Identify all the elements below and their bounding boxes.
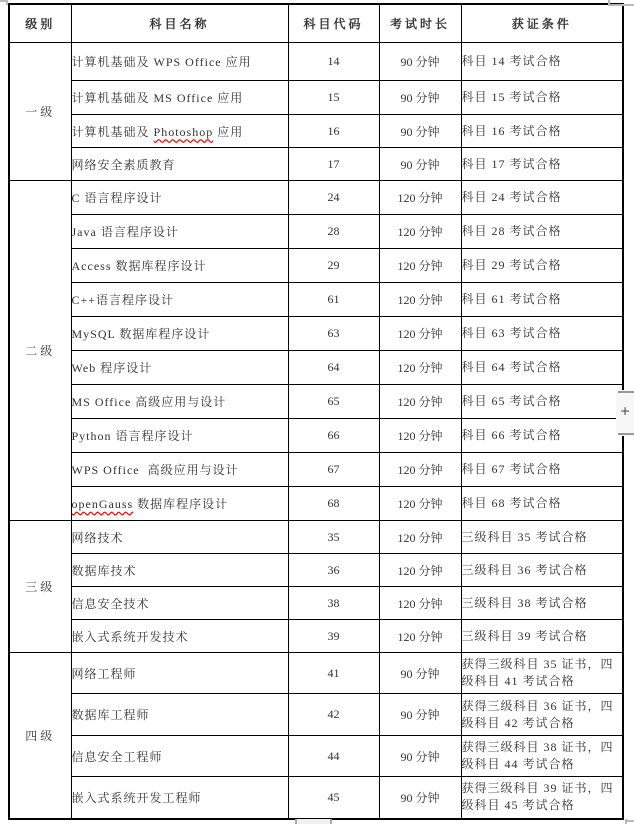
cert-condition-cell: 科目 61 考试合格: [461, 283, 623, 317]
table-row: C++语言程序设计61120 分钟科目 61 考试合格: [9, 283, 623, 317]
subject-name-cell: 信息安全技术: [71, 587, 288, 620]
cert-condition-cell: 获得三级科目 38 证书，四级科目 44 考试合格: [461, 736, 623, 777]
table-row: 数据库工程师4290 分钟获得三级科目 36 证书，四级科目 42 考试合格: [9, 694, 623, 736]
exam-duration-cell: 120 分钟: [379, 317, 461, 351]
header-subject-code: 科目代码: [288, 4, 379, 43]
exam-duration-cell: 90 分钟: [379, 653, 461, 694]
subject-code-cell: 63: [288, 317, 379, 351]
subject-code-cell: 24: [288, 181, 379, 215]
table-row: 计算机基础及 MS Office 应用1590 分钟科目 15 考试合格: [9, 81, 623, 115]
subject-name-cell: 计算机基础及 MS Office 应用: [71, 81, 288, 115]
cert-condition-cell: 科目 65 考试合格: [461, 385, 623, 419]
table-row: 三级网络技术35120 分钟三级科目 35 考试合格: [9, 521, 623, 554]
cert-condition-cell: 科目 16 考试合格: [461, 115, 623, 148]
cert-condition-cell: 科目 24 考试合格: [461, 181, 623, 215]
page-corner-mark-top-right: [608, 4, 634, 6]
horizontal-scrollbar-thumb[interactable]: [295, 819, 332, 824]
subject-name-cell: openGauss 数据库程序设计: [71, 487, 288, 521]
exam-duration-cell: 120 分钟: [379, 419, 461, 453]
cert-condition-cell: 科目 63 考试合格: [461, 317, 623, 351]
exam-duration-cell: 120 分钟: [379, 487, 461, 521]
table-header-row: 级别 科目名称 科目代码 考试时长 获证条件: [9, 4, 623, 43]
scrollbar-plus-widget[interactable]: +: [616, 390, 634, 436]
cert-condition-cell: 科目 68 考试合格: [461, 487, 623, 521]
subject-name-cell: WPS Office 高级应用与设计: [71, 453, 288, 487]
table-row: 嵌入式系统开发技术39120 分钟三级科目 39 考试合格: [9, 620, 623, 653]
header-exam-duration: 考试时长: [379, 4, 461, 43]
cert-condition-cell: 三级科目 38 考试合格: [461, 587, 623, 620]
table-row: 网络安全素质教育1790 分钟科目 17 考试合格: [9, 148, 623, 181]
subject-code-cell: 64: [288, 351, 379, 385]
level-cell: 四级: [9, 653, 71, 819]
cert-condition-cell: 科目 66 考试合格: [461, 419, 623, 453]
header-level: 级别: [9, 4, 71, 43]
cert-condition-cell: 获得三级科目 39 证书，四级科目 45 考试合格: [461, 777, 623, 819]
widget-bottom-line: [618, 433, 634, 435]
subject-name-cell: 数据库技术: [71, 554, 288, 587]
cert-condition-cell: 科目 15 考试合格: [461, 81, 623, 115]
exam-duration-cell: 120 分钟: [379, 181, 461, 215]
misspelled-word: openGauss: [72, 497, 134, 511]
exam-duration-cell: 120 分钟: [379, 249, 461, 283]
cert-condition-cell: 三级科目 35 考试合格: [461, 521, 623, 554]
subject-code-cell: 38: [288, 587, 379, 620]
exam-duration-cell: 120 分钟: [379, 521, 461, 554]
subject-name-cell: 数据库工程师: [71, 694, 288, 736]
exam-duration-cell: 120 分钟: [379, 385, 461, 419]
level-cell: 二级: [9, 181, 71, 521]
table-row: 信息安全工程师4490 分钟获得三级科目 38 证书，四级科目 44 考试合格: [9, 736, 623, 777]
subject-code-cell: 42: [288, 694, 379, 736]
table-row: Access 数据库程序设计29120 分钟科目 29 考试合格: [9, 249, 623, 283]
level-cell: 三级: [9, 521, 71, 653]
table-row: 计算机基础及 Photoshop 应用1690 分钟科目 16 考试合格: [9, 115, 623, 148]
header-cert-condition: 获证条件: [461, 4, 623, 43]
subject-name-cell: Python 语言程序设计: [71, 419, 288, 453]
subject-name-cell: 信息安全工程师: [71, 736, 288, 777]
subject-code-cell: 67: [288, 453, 379, 487]
document-page: 级别 科目名称 科目代码 考试时长 获证条件 一级计算机基础及 WPS Offi…: [0, 0, 634, 824]
subject-name-cell: 计算机基础及 WPS Office 应用: [71, 43, 288, 81]
cert-condition-cell: 科目 14 考试合格: [461, 43, 623, 81]
exam-duration-cell: 90 分钟: [379, 736, 461, 777]
table-row: 信息安全技术38120 分钟三级科目 38 考试合格: [9, 587, 623, 620]
table-row: 嵌入式系统开发工程师4590 分钟获得三级科目 39 证书，四级科目 45 考试…: [9, 777, 623, 819]
exam-duration-cell: 90 分钟: [379, 694, 461, 736]
subject-code-cell: 45: [288, 777, 379, 819]
subject-name-cell: MySQL 数据库程序设计: [71, 317, 288, 351]
widget-top-line: [618, 391, 634, 393]
exam-duration-cell: 90 分钟: [379, 115, 461, 148]
subject-name-cell: 计算机基础及 Photoshop 应用: [71, 115, 288, 148]
cert-condition-cell: 科目 28 考试合格: [461, 215, 623, 249]
subject-name-cell: 嵌入式系统开发技术: [71, 620, 288, 653]
subject-name-cell: MS Office 高级应用与设计: [71, 385, 288, 419]
subject-code-cell: 29: [288, 249, 379, 283]
table-row: 数据库技术36120 分钟三级科目 36 考试合格: [9, 554, 623, 587]
exam-duration-cell: 120 分钟: [379, 587, 461, 620]
subject-code-cell: 44: [288, 736, 379, 777]
level-cell: 一级: [9, 43, 71, 181]
subject-code-cell: 41: [288, 653, 379, 694]
subject-code-cell: 14: [288, 43, 379, 81]
subject-code-cell: 17: [288, 148, 379, 181]
subject-code-cell: 66: [288, 419, 379, 453]
header-subject-name: 科目名称: [71, 4, 288, 43]
subject-code-cell: 68: [288, 487, 379, 521]
table-row: 一级计算机基础及 WPS Office 应用1490 分钟科目 14 考试合格: [9, 43, 623, 81]
cert-condition-cell: 获得三级科目 35 证书，四级科目 41 考试合格: [461, 653, 623, 694]
table-row: Java 语言程序设计28120 分钟科目 28 考试合格: [9, 215, 623, 249]
subject-name-cell: 网络安全素质教育: [71, 148, 288, 181]
subject-name-cell: 网络技术: [71, 521, 288, 554]
subject-code-cell: 35: [288, 521, 379, 554]
table-row: Python 语言程序设计66120 分钟科目 66 考试合格: [9, 419, 623, 453]
plus-icon[interactable]: +: [616, 404, 634, 420]
page-corner-mark-top-left-v: [6, 0, 8, 5]
subject-code-cell: 65: [288, 385, 379, 419]
misspelled-word: Photoshop: [154, 125, 214, 139]
subject-name-cell: Java 语言程序设计: [71, 215, 288, 249]
subject-name-cell: Web 程序设计: [71, 351, 288, 385]
subject-name-cell: 网络工程师: [71, 653, 288, 694]
exam-duration-cell: 120 分钟: [379, 215, 461, 249]
table-row: WPS Office 高级应用与设计67120 分钟科目 67 考试合格: [9, 453, 623, 487]
exam-duration-cell: 90 分钟: [379, 148, 461, 181]
subject-code-cell: 16: [288, 115, 379, 148]
subject-code-cell: 28: [288, 215, 379, 249]
exam-duration-cell: 90 分钟: [379, 43, 461, 81]
subject-name-cell: C 语言程序设计: [71, 181, 288, 215]
exam-duration-cell: 90 分钟: [379, 777, 461, 819]
exam-duration-cell: 90 分钟: [379, 81, 461, 115]
subject-name-cell: C++语言程序设计: [71, 283, 288, 317]
subject-name-cell: Access 数据库程序设计: [71, 249, 288, 283]
cert-condition-cell: 获得三级科目 36 证书，四级科目 42 考试合格: [461, 694, 623, 736]
cert-condition-cell: 三级科目 39 考试合格: [461, 620, 623, 653]
exam-duration-cell: 120 分钟: [379, 351, 461, 385]
table-row: MS Office 高级应用与设计65120 分钟科目 65 考试合格: [9, 385, 623, 419]
table-row: 二级C 语言程序设计24120 分钟科目 24 考试合格: [9, 181, 623, 215]
table-row: Web 程序设计64120 分钟科目 64 考试合格: [9, 351, 623, 385]
table-row: openGauss 数据库程序设计68120 分钟科目 68 考试合格: [9, 487, 623, 521]
cert-condition-cell: 三级科目 36 考试合格: [461, 554, 623, 587]
cert-condition-cell: 科目 67 考试合格: [461, 453, 623, 487]
subject-code-cell: 36: [288, 554, 379, 587]
exam-duration-cell: 120 分钟: [379, 554, 461, 587]
page-corner-mark-bottom-right: [625, 820, 634, 822]
table-row: MySQL 数据库程序设计63120 分钟科目 63 考试合格: [9, 317, 623, 351]
cert-condition-cell: 科目 29 考试合格: [461, 249, 623, 283]
subject-code-cell: 39: [288, 620, 379, 653]
cert-condition-cell: 科目 17 考试合格: [461, 148, 623, 181]
exam-subjects-table: 级别 科目名称 科目代码 考试时长 获证条件 一级计算机基础及 WPS Offi…: [8, 3, 624, 820]
cert-condition-cell: 科目 64 考试合格: [461, 351, 623, 385]
subject-name-cell: 嵌入式系统开发工程师: [71, 777, 288, 819]
exam-duration-cell: 120 分钟: [379, 453, 461, 487]
table-row: 四级网络工程师4190 分钟获得三级科目 35 证书，四级科目 41 考试合格: [9, 653, 623, 694]
exam-duration-cell: 120 分钟: [379, 620, 461, 653]
exam-duration-cell: 120 分钟: [379, 283, 461, 317]
subject-code-cell: 61: [288, 283, 379, 317]
subject-code-cell: 15: [288, 81, 379, 115]
